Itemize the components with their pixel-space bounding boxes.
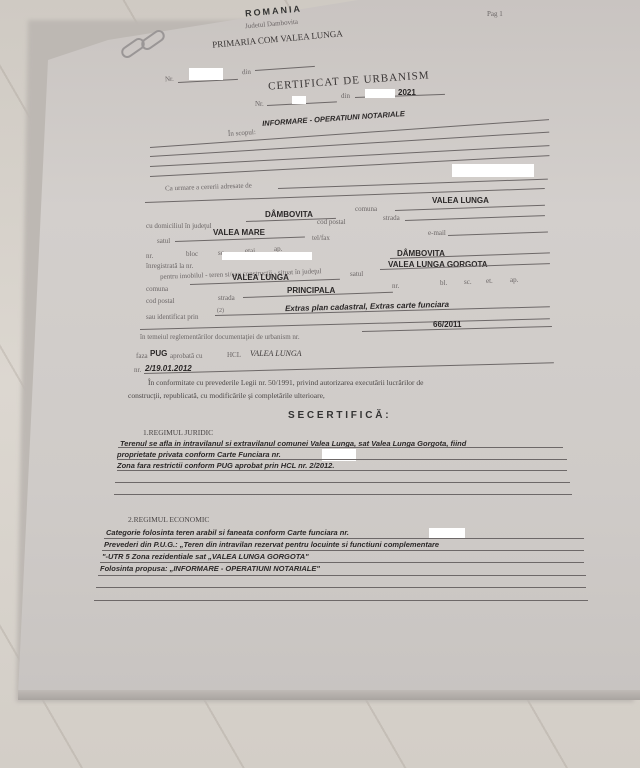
domicile-commune: VALEA LUNGA [432, 196, 489, 205]
phase-label: faza [136, 352, 148, 360]
approved-label: aprobată cu [170, 352, 202, 360]
blank-line [115, 482, 570, 483]
cert-year: 2021 [398, 88, 416, 97]
underline [118, 447, 563, 448]
header-institution: PRIMARIA COM VALEA LUNGA [212, 28, 343, 49]
page-label: Pag 1 [487, 10, 503, 18]
underline [144, 362, 554, 374]
juridic-line-2: proprietate privata conform Carte Funcia… [117, 450, 281, 459]
section-title-economic: 2.REGIMUL ECONOMIC [128, 515, 209, 524]
underline [117, 470, 567, 471]
redacted-field [365, 89, 395, 98]
domicile-label: cu domiciliul în judeţul [146, 222, 212, 230]
redacted-field [292, 96, 306, 104]
domicile-street-label: strada [383, 214, 400, 222]
underline [100, 562, 584, 563]
underline [175, 236, 305, 242]
blank-line [94, 600, 588, 601]
applicant-line [278, 179, 548, 189]
cert-nr-label: Nr. [255, 100, 264, 108]
underline [405, 215, 545, 221]
hcl-place: VALEA LUNGA [250, 349, 301, 358]
property-commune-label: comuna [146, 285, 168, 293]
property-et-label: et. [486, 277, 493, 285]
economic-line-4: Folosinta propusa: „INFORMARE - OPERATIU… [100, 564, 320, 573]
underline [98, 575, 586, 576]
purpose-value: INFORMARE - OPERATIUNI NOTARIALE [262, 109, 405, 128]
domicile-phone-label: tel/fax [312, 234, 330, 242]
top-nr-label: Nr. [165, 75, 174, 83]
property-street-label: strada [218, 294, 235, 302]
redacted-field [222, 252, 312, 260]
header-country: ROMANIA [245, 4, 303, 19]
document-content: Pag 1 ROMANIA Judetul Dambovita PRIMARIA… [0, 0, 640, 768]
regulation-label: în temeiul reglementărilor documentaţiei… [140, 333, 300, 341]
law-text-line2: construcţii, republicată, cu modificăril… [128, 391, 325, 400]
economic-line-3: "-UTR 5 Zona rezidentiale sat „VALEA LUN… [102, 552, 309, 561]
underline [104, 538, 584, 539]
blank-line [114, 494, 572, 495]
hcl-nr-label: nr. [134, 366, 141, 374]
domicile-bloc-label: bloc [186, 250, 198, 258]
redacted-field [429, 528, 465, 538]
domicile-postal-label: cod postal [317, 218, 346, 226]
domicile-commune-label: comuna [355, 205, 377, 213]
property-sc-label: sc. [464, 278, 472, 286]
underline [255, 66, 315, 71]
domicile-village-label: satul [157, 237, 170, 245]
redacted-field [452, 164, 534, 177]
underline [448, 232, 548, 236]
domicile-village: VALEA MARE [213, 228, 265, 237]
domicile-nr-label: nr. [146, 252, 153, 260]
header-county: Judetul Dambovita [245, 18, 299, 31]
law-text-line1: În conformitate cu prevederile Legii nr.… [148, 378, 424, 387]
redacted-field [189, 68, 223, 80]
domicile-county: DÂMBOVITA [265, 210, 313, 219]
top-din-label: din [242, 68, 251, 76]
purpose-label: În scopul: [228, 128, 256, 138]
property-ap-label: ap. [510, 276, 518, 284]
economic-line-1: Categorie folosinta teren arabil si fane… [106, 528, 349, 537]
underline [395, 205, 545, 211]
property-village-label: satul [350, 270, 363, 278]
underline [117, 459, 567, 460]
domicile-email-label: e-mail [428, 229, 446, 237]
phase-value: PUG [150, 349, 167, 358]
cert-din-label: din [341, 92, 350, 100]
underline [102, 550, 584, 551]
property-nr-label: nr. [392, 282, 399, 290]
blank-line [150, 132, 549, 157]
property-postal-label: cod postal [146, 297, 175, 305]
registered-label: înregistrată la nr. [146, 262, 193, 270]
paperclip-icon [139, 28, 167, 53]
property-bl-label: bl. [440, 279, 447, 287]
blank-line [96, 587, 586, 588]
juridic-line-3: Zona fara restrictii conform PUG aprobat… [117, 461, 334, 470]
applicant-label: Ca urmare a cererii adresate de [165, 181, 252, 192]
section-title-juridic: 1.REGIMUL JURIDIC [143, 428, 213, 437]
economic-line-2: Prevederi din P.U.G.: „Teren din intravi… [104, 540, 439, 549]
certifies-heading: S E C E R T I F I C Ă : [288, 410, 389, 421]
property-footnote: (2) [217, 308, 224, 314]
property-identified-label: sau identificat prin [146, 313, 198, 321]
hcl-label: HCL [227, 351, 241, 359]
